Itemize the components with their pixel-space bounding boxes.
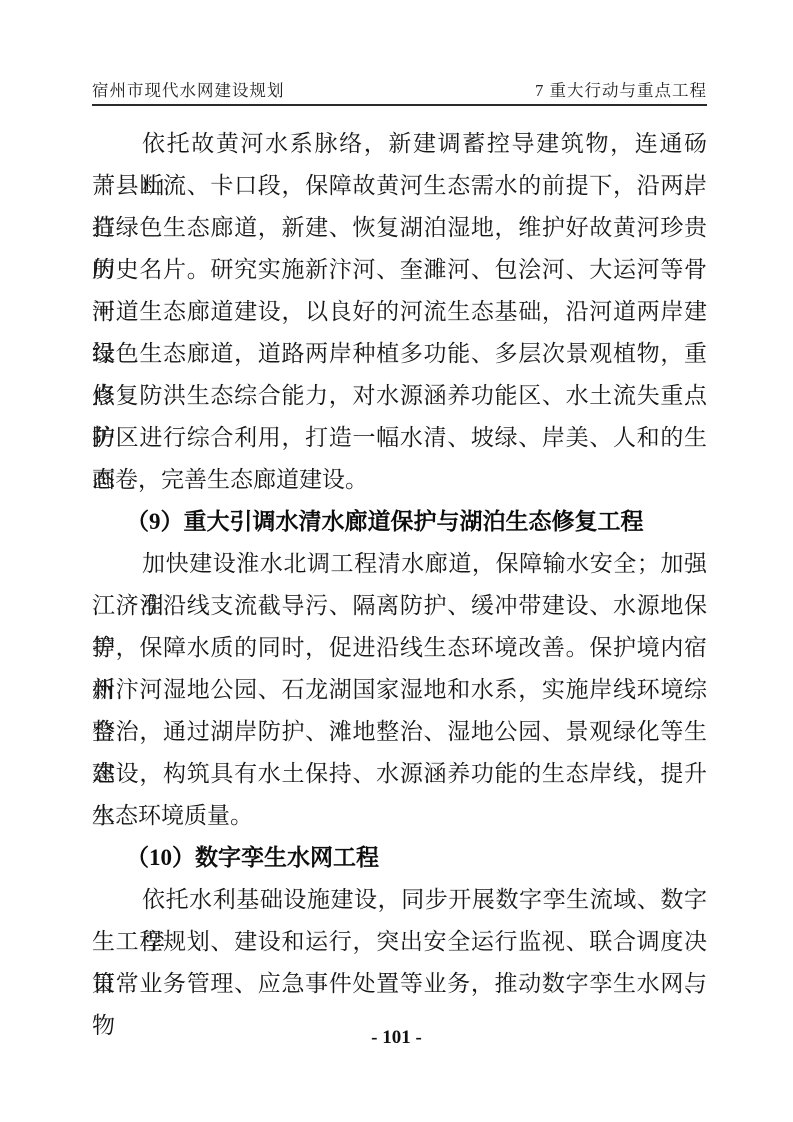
page-header: 宿州市现代水网建设规划 7 重大行动与重点工程 — [92, 77, 707, 106]
paragraph-line: 整治，通过湖岸防护、滩地整治、湿地公园、景观绿化等生态 — [92, 711, 707, 753]
paragraph-line: 绿色生态廊道，道路两岸种植多功能、多层次景观植物，重点 — [92, 333, 707, 375]
header-document-title: 宿州市现代水网建设规划 — [92, 77, 285, 101]
paragraph-line: 加快建设淮水北调工程清水廊道，保障输水安全；加强引 — [92, 543, 707, 585]
paragraph-line: 依托水利基础设施建设，同步开展数字孪生流域、数字孪 — [92, 879, 707, 921]
paragraph-line: 护区进行综合利用，打造一幅水清、坡绿、岸美、人和的生态 — [92, 417, 707, 459]
paragraph-line: 萧县断流、卡口段，保障故黄河生态需水的前提下，沿两岸打 — [92, 165, 707, 207]
paragraph-line: 新汴河湿地公园、石龙湖国家湿地和水系，实施岸线环境综合 — [92, 669, 707, 711]
page-number: - 101 - — [371, 1027, 422, 1048]
paragraph-line: 建设，构筑具有水土保持、水源涵养功能的生态岸线，提升水 — [92, 753, 707, 795]
page-footer: - 101 - — [0, 1027, 793, 1049]
paragraph-line: 历史名片。研究实施新汴河、奎濉河、包浍河、大运河等骨干 — [92, 249, 707, 291]
section-heading: （10）数字孪生水网工程 — [92, 837, 707, 879]
paragraph-line: 修复防洪生态综合能力，对水源涵养功能区、水土流失重点防 — [92, 375, 707, 417]
paragraph-line: 画卷，完善生态廊道建设。 — [92, 459, 707, 501]
paragraph-line: 造绿色生态廊道，新建、恢复湖泊湿地，维护好故黄河珍贵的 — [92, 207, 707, 249]
header-chapter-title: 7 重大行动与重点工程 — [535, 77, 707, 101]
paragraph-line: 生态环境质量。 — [92, 795, 707, 837]
paragraph-line: 依托故黄河水系脉络，新建调蓄控导建筑物，连通砀山、 — [92, 123, 707, 165]
paragraph-line: 生工程规划、建设和运行，突出安全运行监视、联合调度决策、 — [92, 921, 707, 963]
document-page: 宿州市现代水网建设规划 7 重大行动与重点工程 依托故黄河水系脉络，新建调蓄控导… — [0, 0, 793, 1122]
paragraph-line: 等，保障水质的同时，促进沿线生态环境改善。保护境内宿州 — [92, 627, 707, 669]
paragraph-line: 江济淮沿线支流截导污、隔离防护、缓冲带建设、水源地保护 — [92, 585, 707, 627]
document-body: 依托故黄河水系脉络，新建调蓄控导建筑物，连通砀山、萧县断流、卡口段，保障故黄河生… — [92, 123, 707, 1005]
paragraph-line: 河道生态廊道建设，以良好的河流生态基础，沿河道两岸建设 — [92, 291, 707, 333]
section-heading: （9）重大引调水清水廊道保护与湖泊生态修复工程 — [92, 501, 707, 543]
paragraph-line: 日常业务管理、应急事件处置等业务，推动数字孪生水网与物 — [92, 963, 707, 1005]
